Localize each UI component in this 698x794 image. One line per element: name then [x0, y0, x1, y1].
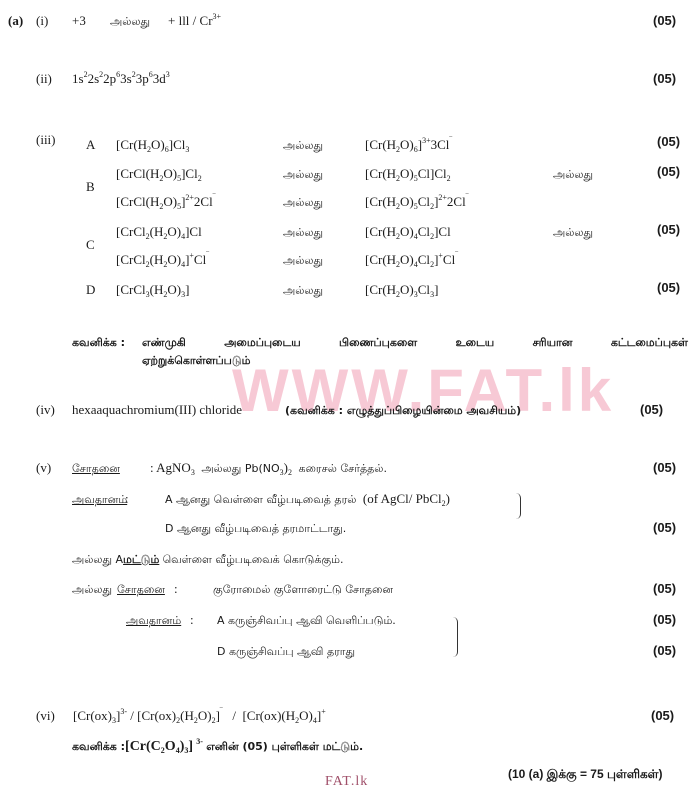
test-text: : AgNO3 அல்லது Pb(NO3)2 கரைசல் சேர்த்தல்… [150, 460, 387, 477]
note-text: (கவனிக்க : எழுத்துப்பிழையின்மை அவசியம்) [285, 403, 521, 419]
formula: [Cr(C2O4)3] [125, 739, 193, 754]
isomer-letter: D [86, 282, 95, 298]
item-i-value2: + lll / Cr3+ [168, 13, 221, 29]
orbital: 1s [72, 71, 84, 86]
instruction: கரைசல் சேர்த்தல். [298, 462, 386, 475]
formula: [Cr(H2O)4Cl2]+Cl‾ [365, 252, 458, 268]
note-text: எண்முகிஅமைப்புடையபிணைப்புகளைஉடையசரியானகட… [142, 335, 688, 351]
electron-configuration: 1s22s22p63s23p63d3 [72, 71, 170, 87]
orbital: 2p [103, 71, 116, 86]
colon: : [125, 491, 129, 507]
marks: (05) [653, 581, 676, 597]
brace [453, 617, 458, 657]
colon: : [174, 581, 178, 597]
footer-brand: FAT.lk [325, 774, 368, 790]
part-label: (a) [8, 13, 23, 29]
formula: [CrCl2(H2O)4]+Cl‾ [116, 252, 209, 268]
item-iv-label: (iv) [36, 402, 55, 418]
or-word: அல்லது [110, 14, 150, 30]
formula: [Cr(H2O)5Cl2]2+2Cl‾ [365, 194, 468, 210]
or-word: அல்லது [283, 167, 323, 183]
or-word: அல்லது [283, 195, 323, 211]
marks: (05) [653, 643, 676, 659]
observation-d: D ஆனது வீழ்படிவைத் தரமாட்டாது. [165, 521, 346, 537]
alt-text: வெள்ளை வீழ்படிவைக் கொடுக்கும். [163, 553, 344, 566]
item-i-label: (i) [36, 13, 48, 29]
observation-label: அவதானம் [72, 492, 127, 508]
observation-text: A ஆனது வெள்ளை வீழ்படிவைத் தரல் [165, 493, 356, 506]
marks: (05) [657, 222, 680, 238]
or-word: அல்லது [553, 225, 593, 241]
or-word: அல்லது [553, 167, 593, 183]
note-word: அமைப்புடைய [224, 335, 300, 351]
colon: : [190, 612, 194, 628]
orbital: 3d [153, 71, 166, 86]
note-word: சரியான [533, 335, 573, 351]
note-label: கவனிக்க : [72, 740, 125, 753]
note-text: எனின் (05) புள்ளிகள் மட்டும். [206, 740, 363, 753]
observation-a: A ஆனது வெள்ளை வீழ்படிவைத் தரல் (of AgCl/… [165, 491, 450, 508]
only-word: மட்டும் [123, 553, 159, 566]
formula: [Cr(ox)3]3- / [Cr(ox)2(H2O)2]‾ / [Cr(ox)… [73, 708, 326, 724]
note-vi: கவனிக்க :[Cr(C2O4)3] 3- எனின் (05) புள்ள… [72, 738, 363, 755]
marks: (05) [653, 71, 676, 87]
marks: (05) [653, 13, 676, 29]
note-word: உடைய [456, 335, 495, 351]
marks: (05) [653, 612, 676, 628]
formula: [Cr(H2O)3Cl3] [365, 282, 438, 298]
reagent: : AgNO [150, 460, 191, 475]
total-marks: (10 (a) இக்கு = 75 புள்ளிகள்) [508, 766, 663, 782]
reagent: அல்லது Pb(NO [201, 462, 279, 475]
formula: [Cr(H2O)5Cl]Cl2 [365, 166, 451, 182]
observation-d: D கருஞ்சிவப்பு ஆவி தராது [217, 644, 355, 660]
marks: (05) [657, 280, 680, 296]
note-word: பிணைப்புகளை [339, 335, 417, 351]
isomer-letter: A [86, 137, 95, 153]
precipitate: (of AgCl/ PbCl [363, 491, 442, 506]
charge: 3+ [213, 12, 222, 21]
or-word: அல்லது [283, 283, 323, 299]
marks: (05) [653, 460, 676, 476]
formula: [Cr(H2O)6]Cl3 [116, 137, 189, 153]
marks: (05) [657, 164, 680, 180]
test-text: குரோமைல் குளோரைட்டு சோதனை [213, 582, 393, 598]
formula: [CrCl(H2O)5]Cl2 [116, 166, 202, 182]
formula: [Cr(H2O)4Cl2]Cl [365, 224, 451, 240]
note-label: கவனிக்க : [72, 335, 125, 351]
brace [516, 493, 521, 519]
isomer-letter: C [86, 237, 95, 253]
marks: (05) [651, 708, 674, 724]
item-i-value2-text: + lll / Cr [168, 13, 213, 28]
or-word: அல்லது [283, 253, 323, 269]
alt-prefix: அல்லது [72, 582, 112, 598]
marks: (05) [657, 134, 680, 150]
alternative-1: அல்லது Aமட்டும் வெள்ளை வீழ்படிவைக் கொடுக… [72, 551, 343, 568]
isomer-letter: B [86, 179, 95, 195]
item-ii-label: (ii) [36, 71, 52, 87]
test-label: சோதனை [117, 582, 165, 598]
item-vi-label: (vi) [36, 708, 55, 724]
formula: [CrCl3(H2O)3] [116, 282, 189, 298]
note-word: எண்முகி [142, 335, 186, 351]
compound-name: hexaaquachromium(III) chloride [72, 402, 242, 418]
orbital: 3s [120, 71, 132, 86]
or-word: அல்லது [283, 138, 323, 154]
formula: [Cr(H2O)6]3+3Cl‾ [365, 137, 452, 153]
item-iii-label: (iii) [36, 132, 56, 148]
note-word: கட்டமைப்புகள் [611, 335, 688, 351]
formula: [CrCl(H2O)5]2+2Cl‾ [116, 194, 215, 210]
observation-label: அவதானம் [126, 613, 181, 629]
marks: (05) [640, 402, 663, 418]
item-v-label: (v) [36, 460, 51, 476]
alt-text: அல்லது A [72, 553, 123, 566]
or-word: அல்லது [283, 225, 323, 241]
observation-a: A கருஞ்சிவப்பு ஆவி வெளிப்படும். [217, 613, 396, 629]
test-label: சோதனை [72, 461, 120, 477]
orbital: 2s [88, 71, 100, 86]
marks: (05) [653, 520, 676, 536]
note-text: ஏற்றுக்கொள்ளப்படும் [142, 353, 251, 369]
item-i-value1: +3 [72, 13, 86, 29]
orbital: 3p [136, 71, 149, 86]
formula: [CrCl2(H2O)4]Cl [116, 224, 202, 240]
